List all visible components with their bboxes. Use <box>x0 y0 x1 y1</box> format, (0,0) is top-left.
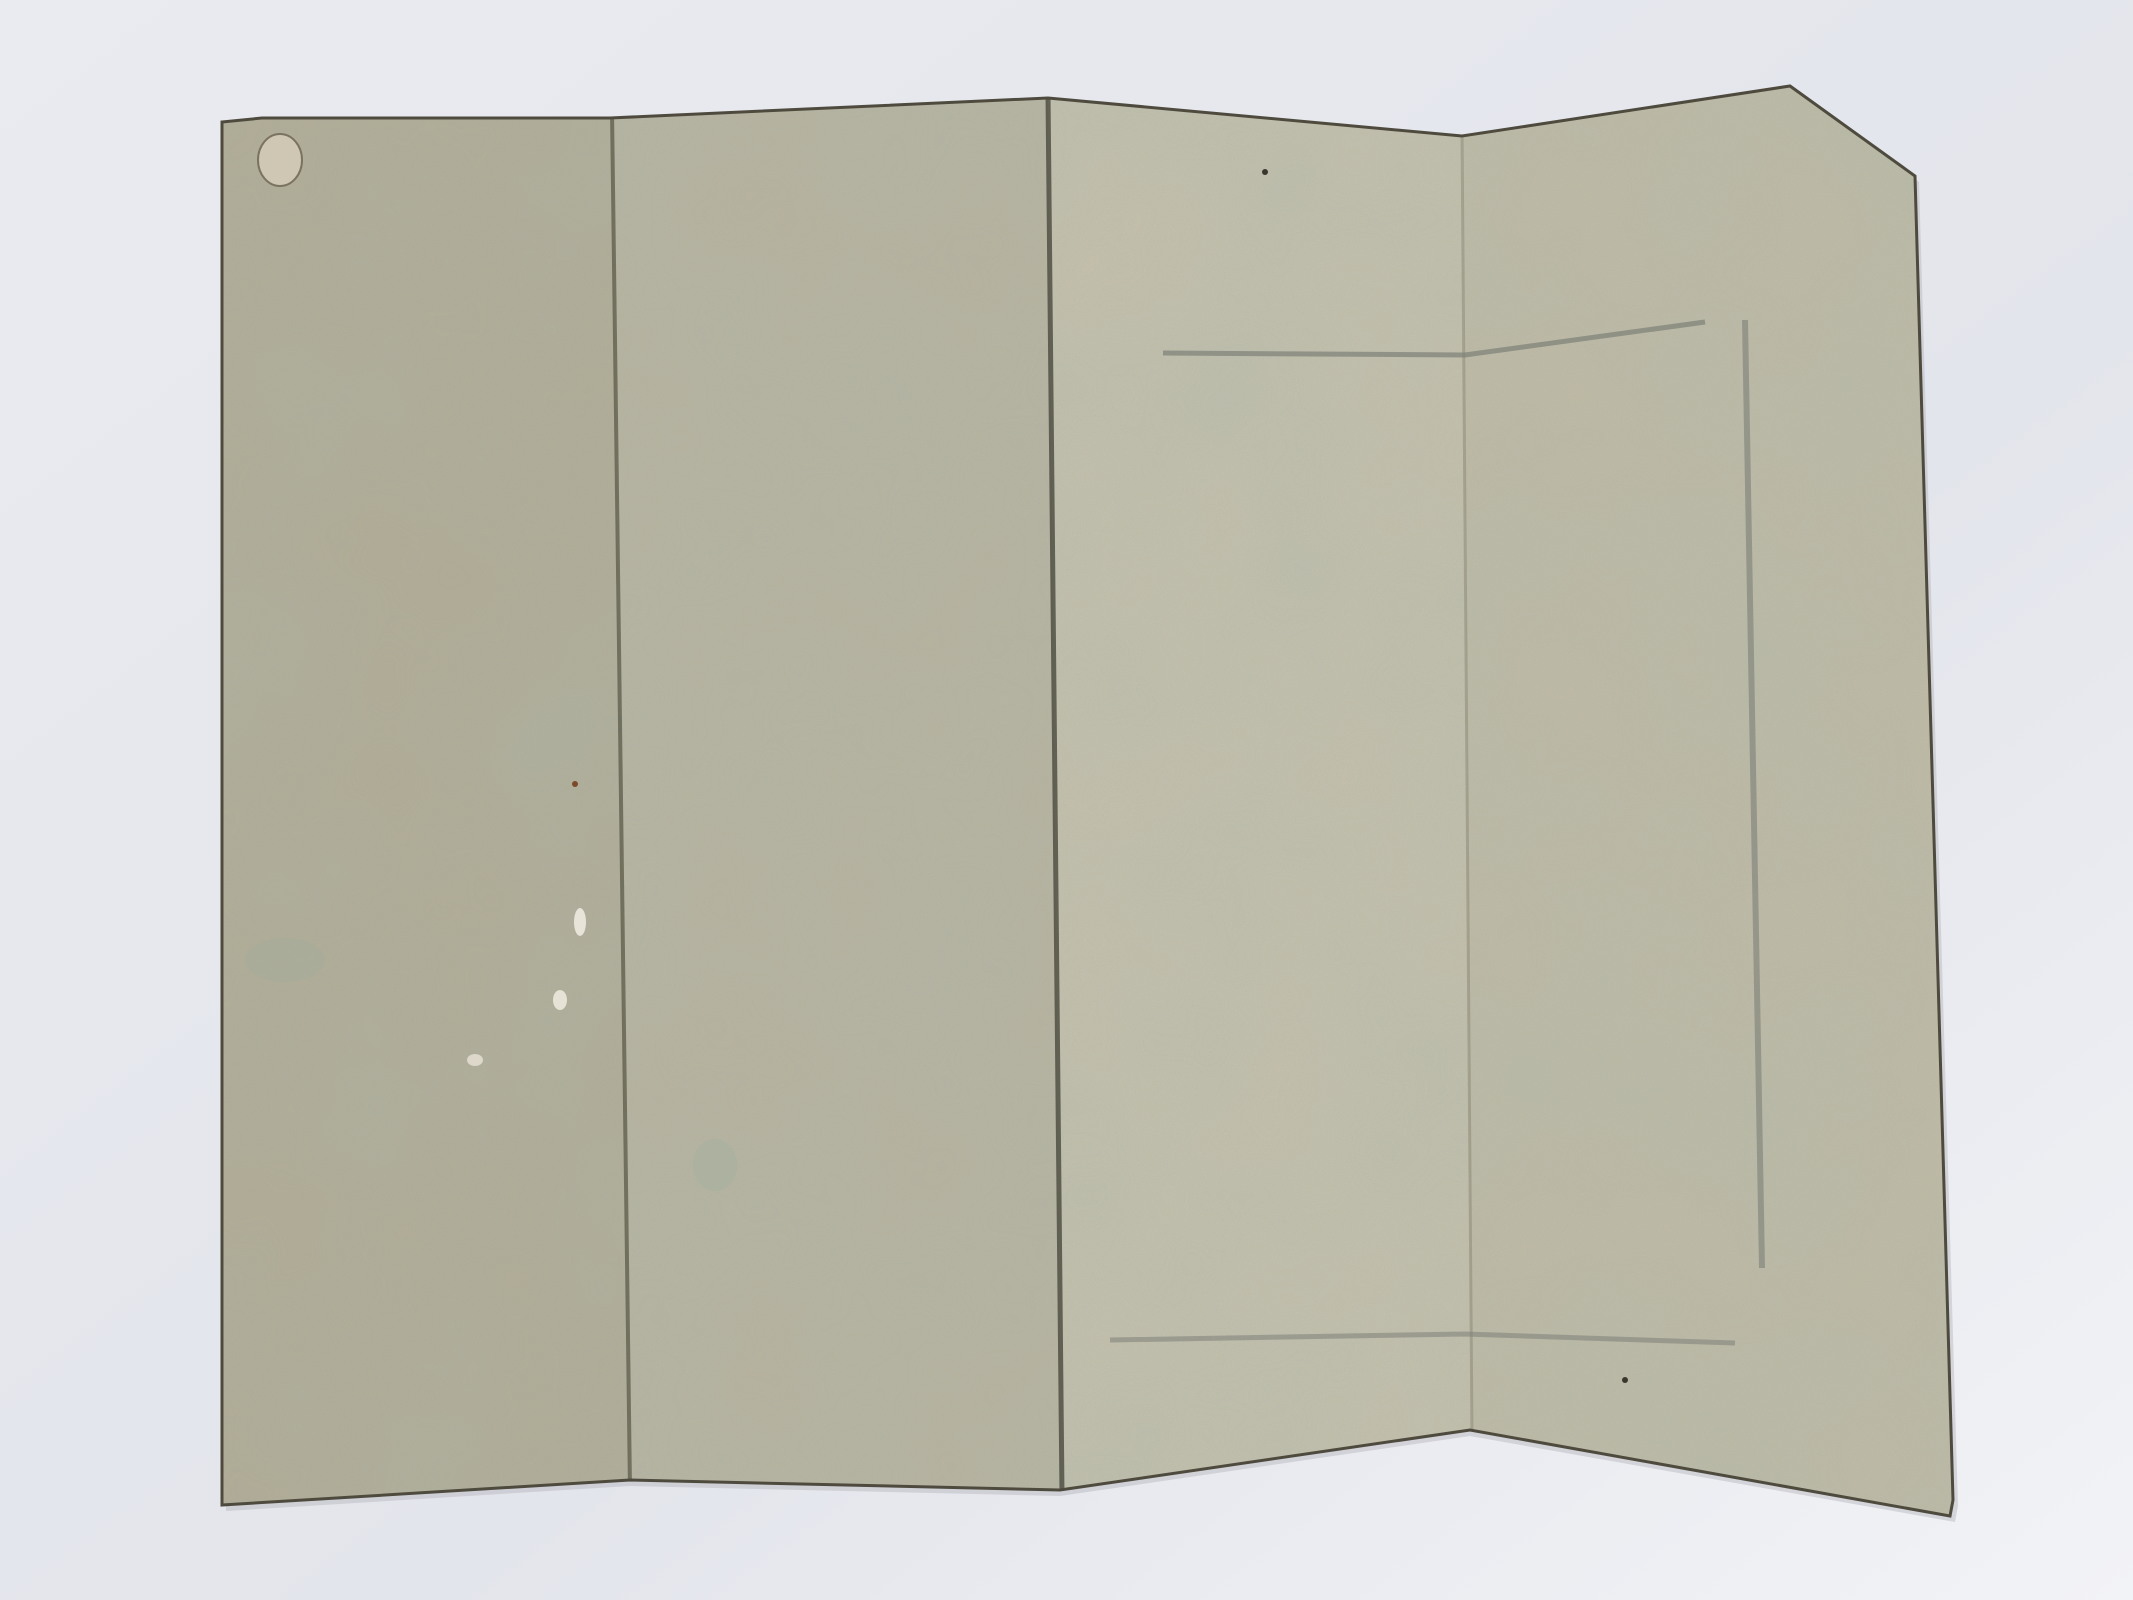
torn-flake <box>258 134 302 186</box>
stain-spot <box>574 908 586 936</box>
stain-spot <box>245 938 325 982</box>
stain-spot <box>467 1054 483 1066</box>
paper-grain-texture <box>200 60 1980 1540</box>
ink-dot <box>1622 1377 1628 1383</box>
paper-document <box>200 60 1980 1540</box>
stain-spot <box>693 1139 737 1191</box>
ink-dot <box>1262 169 1268 175</box>
stain-spot <box>553 990 567 1010</box>
photo-scene <box>0 0 2133 1600</box>
ink-dot <box>572 781 578 787</box>
